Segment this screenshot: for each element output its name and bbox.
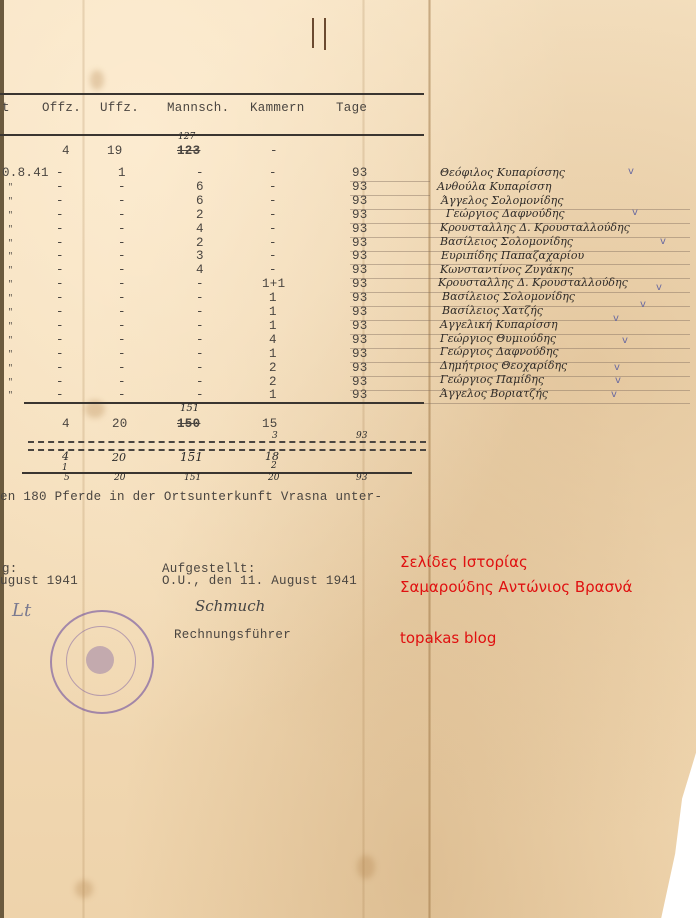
table-top-rule bbox=[0, 93, 424, 95]
cell-offz: - bbox=[56, 222, 64, 236]
cell-kammern: 2 bbox=[269, 361, 277, 375]
header-t: t bbox=[2, 101, 10, 115]
total-kammern: 15 bbox=[262, 417, 278, 431]
handwritten-name: Βασίλειος Χατζής bbox=[442, 304, 543, 317]
check-mark-icon: v bbox=[628, 166, 634, 177]
header-tage: Tage bbox=[336, 101, 367, 115]
total-tage-note: 93 bbox=[356, 431, 367, 441]
cell-kammern: 4 bbox=[269, 333, 277, 347]
cell-offz: - bbox=[56, 277, 64, 291]
cell-mannsch-correction: 127 bbox=[178, 132, 195, 142]
cell-kammern: 1+1 bbox=[262, 277, 285, 291]
cell-offz: - bbox=[56, 249, 64, 263]
cell-mannsch: - bbox=[196, 277, 204, 291]
cell-date: " bbox=[8, 211, 13, 220]
cell-mannsch: - bbox=[196, 291, 204, 305]
cell-mannsch: - bbox=[196, 319, 204, 333]
ruled-line bbox=[350, 181, 430, 182]
cell-kammern: 1 bbox=[269, 291, 277, 305]
cell-mannsch: - bbox=[196, 375, 204, 389]
header-kammern: Kammern bbox=[250, 101, 305, 115]
cell-kammern: 2 bbox=[269, 375, 277, 389]
cell-mannsch: 6 bbox=[196, 180, 204, 194]
cell-uffz: - bbox=[118, 180, 126, 194]
cell-date: " bbox=[8, 378, 13, 387]
pin-mark bbox=[324, 18, 326, 50]
watermark-line-2: Σαμαρούδης Αντώνιος Βρασνά bbox=[400, 578, 632, 596]
handwritten-name: Ευριπίδης Παπαζαχαρίου bbox=[441, 249, 584, 262]
handwritten-name: Δημήτριος Θεοχαρίδης bbox=[440, 359, 567, 372]
cell-uffz: - bbox=[118, 249, 126, 263]
hw-uffz: 20 bbox=[112, 451, 126, 464]
cell-uffz: 1 bbox=[118, 166, 126, 180]
cell-uffz: - bbox=[118, 222, 126, 236]
cell-uffz: - bbox=[118, 194, 126, 208]
check-mark-icon: v bbox=[632, 207, 638, 218]
cell-offz: - bbox=[56, 361, 64, 375]
header-mannsch: Mannsch. bbox=[167, 101, 229, 115]
hw2-uffz: 20 bbox=[114, 473, 125, 483]
cell-kammern: 1 bbox=[269, 319, 277, 333]
cell-date: " bbox=[8, 225, 13, 234]
left-sign-date: ugust 1941 bbox=[0, 574, 78, 588]
document-page bbox=[0, 0, 696, 918]
cell-date: " bbox=[8, 308, 13, 317]
table-bottom-rule bbox=[24, 402, 424, 404]
header-uffz: Uffz. bbox=[100, 101, 139, 115]
cell-kammern: - bbox=[269, 180, 277, 194]
check-mark-icon: v bbox=[660, 236, 666, 247]
cell-tage: 93 bbox=[352, 166, 368, 180]
cell-tage: 93 bbox=[352, 222, 368, 236]
cell-date: " bbox=[8, 197, 13, 206]
cell-date: " bbox=[8, 364, 13, 373]
cell-kammern: 1 bbox=[269, 305, 277, 319]
cell-offz: 4 bbox=[62, 144, 70, 158]
handwritten-name: Άγγελος Σολομονίδης bbox=[441, 194, 563, 207]
cell-date: " bbox=[8, 391, 13, 400]
cell-kammern: - bbox=[270, 144, 278, 158]
cell-offz: - bbox=[56, 375, 64, 389]
hw2-offz: 5 bbox=[64, 473, 70, 483]
handwritten-name: Γεώργιος Θυμιούδης bbox=[440, 332, 556, 345]
handwritten-name: Άγγελος Βοριατζής bbox=[440, 387, 548, 400]
cell-offz: - bbox=[56, 208, 64, 222]
handwritten-name: Ανθούλα Κυπαρίσση bbox=[437, 180, 551, 193]
cell-date: " bbox=[8, 183, 13, 192]
page-crease bbox=[362, 0, 365, 918]
cell-date: 0.8.41 bbox=[2, 166, 49, 180]
cell-mannsch: 2 bbox=[196, 236, 204, 250]
left-initials: Lt bbox=[12, 600, 31, 621]
cell-tage: 93 bbox=[352, 291, 368, 305]
official-stamp bbox=[50, 610, 154, 714]
cell-tage: 93 bbox=[352, 361, 368, 375]
cell-tage: 93 bbox=[352, 263, 368, 277]
cell-kammern: - bbox=[269, 263, 277, 277]
pin-mark bbox=[312, 18, 314, 48]
handwritten-name: Βασίλειος Σολομονίδης bbox=[442, 290, 575, 303]
check-mark-icon: v bbox=[656, 282, 662, 293]
cell-kammern: - bbox=[269, 236, 277, 250]
page-crease bbox=[82, 0, 85, 918]
handwritten-name: Κρουσταλλης Δ. Κρουσταλλούδης bbox=[440, 221, 630, 234]
paper-stain bbox=[357, 855, 375, 879]
total-mannsch: 150 bbox=[177, 417, 200, 431]
cell-kammern: - bbox=[269, 194, 277, 208]
double-rule bbox=[28, 441, 426, 451]
hw2-kammern: 20 bbox=[268, 473, 279, 483]
cell-tage: 93 bbox=[352, 305, 368, 319]
total-uffz: 20 bbox=[112, 417, 128, 431]
sum-rule bbox=[22, 472, 412, 474]
handwritten-name: Αγγελική Κυπαρίσση bbox=[440, 318, 558, 331]
cell-tage: 93 bbox=[352, 319, 368, 333]
cell-offz: - bbox=[56, 194, 64, 208]
cell-kammern: 1 bbox=[269, 347, 277, 361]
handwritten-name: Βασίλειος Σολομονίδης bbox=[440, 235, 573, 248]
cell-date: " bbox=[8, 322, 13, 331]
ruled-line bbox=[350, 195, 430, 196]
cell-mannsch: 123 bbox=[177, 144, 200, 158]
cell-tage: 93 bbox=[352, 194, 368, 208]
cell-kammern: - bbox=[269, 249, 277, 263]
hw2-mannsch: 151 bbox=[184, 473, 201, 483]
cell-tage: 93 bbox=[352, 277, 368, 291]
check-mark-icon: v bbox=[615, 375, 621, 386]
place-date: O.U., den 11. August 1941 bbox=[162, 574, 357, 588]
cell-date: " bbox=[8, 336, 13, 345]
cell-date: " bbox=[8, 266, 13, 275]
paper-stain bbox=[90, 70, 104, 90]
total-mannsch-correction: 151 bbox=[180, 403, 199, 414]
cell-mannsch: - bbox=[196, 305, 204, 319]
body-text: en 180 Pferde in der Ortsunterkunft Vras… bbox=[0, 490, 382, 504]
cell-offz: - bbox=[56, 388, 64, 402]
cell-kammern: - bbox=[269, 222, 277, 236]
hw-kammern-add: 2 bbox=[271, 461, 277, 471]
cell-date: " bbox=[8, 280, 13, 289]
cell-tage: 93 bbox=[352, 208, 368, 222]
page-fold bbox=[428, 0, 431, 918]
cell-offz: - bbox=[56, 319, 64, 333]
cell-mannsch: 4 bbox=[196, 222, 204, 236]
cell-mannsch: 6 bbox=[196, 194, 204, 208]
cell-date: " bbox=[8, 350, 13, 359]
cell-uffz: - bbox=[118, 361, 126, 375]
cell-uffz: - bbox=[118, 347, 126, 361]
cell-tage: 93 bbox=[352, 375, 368, 389]
cell-uffz: - bbox=[118, 277, 126, 291]
cell-uffz: - bbox=[118, 291, 126, 305]
handwritten-name: Γεώργιος Δαφνούδης bbox=[440, 345, 559, 358]
cell-uffz: - bbox=[118, 388, 126, 402]
handwritten-name: Κωνσταντίνος Ζυγάκης bbox=[440, 263, 573, 276]
cell-mannsch: - bbox=[196, 333, 204, 347]
cell-mannsch: 4 bbox=[196, 263, 204, 277]
cell-uffz: 19 bbox=[107, 144, 123, 158]
check-mark-icon: v bbox=[611, 389, 617, 400]
watermark-line-3: topakas blog bbox=[400, 629, 496, 647]
cell-date: " bbox=[8, 252, 13, 261]
check-mark-icon: v bbox=[613, 313, 619, 324]
signature: Schmuch bbox=[195, 597, 265, 615]
cell-tage: 93 bbox=[352, 180, 368, 194]
cell-mannsch: - bbox=[196, 166, 204, 180]
cell-tage: 93 bbox=[352, 333, 368, 347]
cell-kammern: - bbox=[269, 208, 277, 222]
cell-uffz: - bbox=[118, 319, 126, 333]
hw2-tage: 93 bbox=[356, 473, 367, 483]
cell-offz: - bbox=[56, 347, 64, 361]
check-mark-icon: v bbox=[622, 335, 628, 346]
handwritten-name: Θεόφιλος Κυπαρίσσης bbox=[440, 166, 565, 179]
cell-mannsch: - bbox=[196, 347, 204, 361]
handwritten-name: Γεώργιος Παμίδης bbox=[440, 373, 544, 386]
cell-offz: - bbox=[56, 263, 64, 277]
cell-tage: 93 bbox=[352, 347, 368, 361]
cell-offz: - bbox=[56, 236, 64, 250]
signatory-title: Rechnungsführer bbox=[174, 628, 291, 642]
cell-kammern: - bbox=[269, 166, 277, 180]
handwritten-name: Κρουσταλλης Δ. Κρουσταλλούδης bbox=[438, 276, 628, 289]
handwritten-name: Γεώργιος Δαφνούδης bbox=[446, 207, 565, 220]
header-bottom-rule bbox=[0, 134, 424, 136]
check-mark-icon: v bbox=[640, 299, 646, 310]
total-kammern-add: 3 bbox=[272, 431, 278, 441]
cell-mannsch: - bbox=[196, 361, 204, 375]
cell-offz: - bbox=[56, 333, 64, 347]
cell-kammern: 1 bbox=[269, 388, 277, 402]
cell-offz: - bbox=[56, 305, 64, 319]
cell-uffz: - bbox=[118, 208, 126, 222]
cell-uffz: - bbox=[118, 305, 126, 319]
cell-uffz: - bbox=[118, 236, 126, 250]
paper-stain bbox=[75, 880, 93, 898]
check-mark-icon: v bbox=[614, 362, 620, 373]
stamp-emblem bbox=[86, 646, 114, 674]
cell-uffz: - bbox=[118, 263, 126, 277]
cell-offz: - bbox=[56, 180, 64, 194]
total-offz: 4 bbox=[62, 417, 70, 431]
cell-date: " bbox=[8, 239, 13, 248]
cell-offz: - bbox=[56, 166, 64, 180]
hw-offz: 4 bbox=[62, 450, 69, 463]
cell-uffz: - bbox=[118, 333, 126, 347]
cell-mannsch: 3 bbox=[196, 249, 204, 263]
cell-uffz: - bbox=[118, 375, 126, 389]
page-edge bbox=[0, 0, 4, 918]
cell-tage: 93 bbox=[352, 236, 368, 250]
header-offz: Offz. bbox=[42, 101, 81, 115]
cell-offz: - bbox=[56, 291, 64, 305]
cell-date: " bbox=[8, 294, 13, 303]
hw-mannsch: 151 bbox=[180, 450, 203, 464]
cell-mannsch: - bbox=[196, 388, 204, 402]
cell-mannsch: 2 bbox=[196, 208, 204, 222]
watermark-line-1: Σελίδες Ιστορίας bbox=[400, 553, 528, 571]
